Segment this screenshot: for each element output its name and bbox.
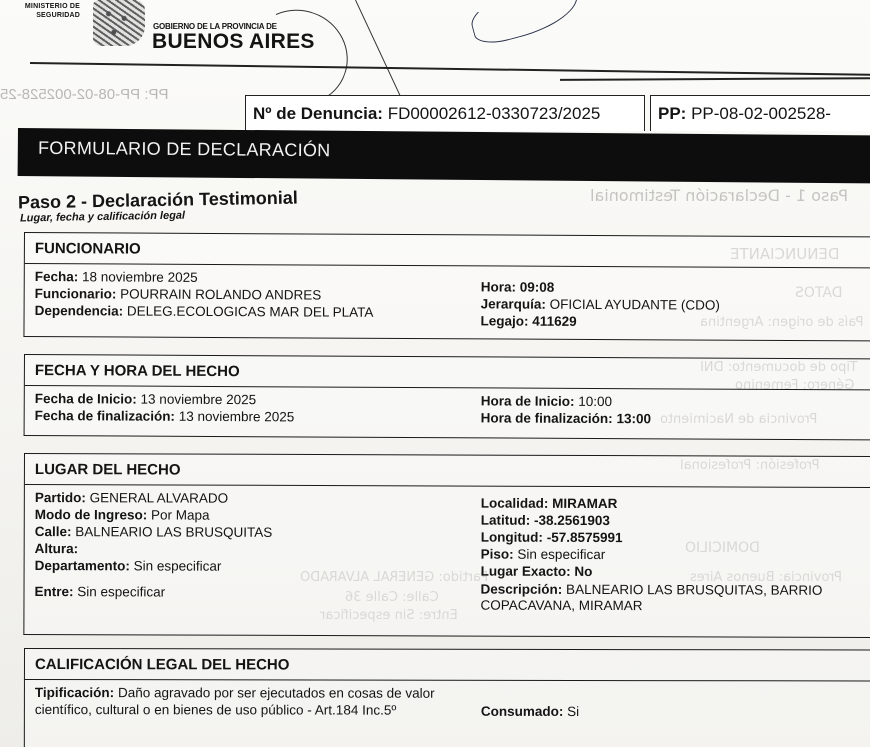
field-hora-fin: Hora de finalización: 13:00: [481, 409, 870, 428]
section-heading: CALIFICACIÓN LEGAL DEL HECHO: [25, 649, 870, 682]
divider: [30, 62, 870, 76]
field-departamento: Departamento: Sin especificar: [35, 557, 475, 576]
field-localidad: Localidad: MIRAMAR: [481, 495, 870, 513]
denuncia-label: Nº de Denuncia:: [253, 104, 383, 123]
pp-value: PP-08-02-002528-: [691, 104, 831, 123]
section-calificacion-legal: CALIFICACIÓN LEGAL DEL HECHO Tipificació…: [24, 648, 870, 747]
field-dependencia: Dependencia: DELEG.ECOLOGICAS MAR DEL PL…: [35, 302, 475, 321]
section-heading: LUGAR DEL HECHO: [25, 454, 870, 488]
field-entre: Entre: Sin especificar: [34, 583, 474, 602]
field-fecha-fin: Fecha de finalización: 13 noviembre 2025: [35, 407, 475, 426]
field-legajo: Legajo: 411629: [480, 312, 870, 331]
field-hora-inicio: Hora de Inicio: 10:00: [481, 392, 870, 411]
field-consumado: Consumado: Si: [481, 703, 579, 720]
signature-icon: [466, 0, 584, 48]
section-lugar: LUGAR DEL HECHO Partido: GENERAL ALVARAD…: [23, 453, 870, 638]
section-heading: FUNCIONARIO: [25, 233, 870, 269]
pp-number-box: PP: PP-08-02-002528-: [650, 95, 870, 131]
field-modo-ingreso: Modo de Ingreso: Por Mapa: [35, 506, 475, 525]
step-subtitle: Lugar, fecha y calificación legal: [20, 210, 185, 225]
section-body: Tipificación: Daño agravado por ser ejec…: [25, 680, 870, 747]
section-funcionario: FUNCIONARIO Fecha: 18 noviembre 2025 Fun…: [23, 232, 870, 342]
denuncia-number-box: Nº de Denuncia: FD00002612-0330723/2025: [245, 95, 645, 131]
field-latitud: Latitud: -38.2561903: [481, 512, 870, 530]
field-altura: Altura:: [35, 540, 475, 559]
section-heading: FECHA Y HORA DEL HECHO: [25, 355, 870, 391]
field-calle: Calle: BALNEARIO LAS BRUSQUITAS: [35, 523, 475, 542]
field-lugar-exacto: Lugar Exacto: No: [481, 563, 870, 581]
ministerio-label: MINISTERIO DE SEGURIDAD: [22, 2, 80, 20]
field-tipificacion: Tipificación: Daño agravado por ser ejec…: [35, 684, 475, 719]
field-jerarquia: Jerarquía: OFICIAL AYUDANTE (CDO): [481, 295, 870, 314]
ghost-pp-text: PP: PP-08-02-002528-25: [0, 86, 168, 103]
ghost-text: Paso 1 - Declaración Testimonial: [590, 186, 848, 205]
field-partido: Partido: GENERAL ALVARADO: [35, 489, 475, 508]
section-body: Fecha de Inicio: 13 noviembre 2025 Fecha…: [25, 386, 870, 436]
field-descripcion: Descripción: BALNEARIO LAS BRUSQUITAS, B…: [480, 582, 850, 615]
scanned-document: Paso 1 - Declaración Testimonial DENUNCI…: [0, 0, 870, 747]
field-hora: Hora: 09:08: [481, 278, 870, 297]
section-body: Partido: GENERAL ALVARADO Modo de Ingres…: [24, 485, 870, 634]
denuncia-value: FD00002612-0330723/2025: [388, 104, 601, 123]
section-fecha-hora: FECHA Y HORA DEL HECHO Fecha de Inicio: …: [24, 354, 870, 441]
section-body: Fecha: 18 noviembre 2025 Funcionario: PO…: [24, 264, 870, 339]
field-longitud: Longitud: -57.8575991: [481, 529, 870, 547]
pp-label: PP:: [658, 104, 686, 123]
form-title: FORMULARIO DE DECLARACIÓN: [38, 138, 331, 162]
province-map-logo: [93, 0, 145, 46]
field-piso: Piso: Sin especificar: [481, 546, 870, 564]
divider: [560, 77, 870, 81]
document-header: MINISTERIO DE SEGURIDAD GOBIERNO DE LA P…: [0, 0, 870, 78]
